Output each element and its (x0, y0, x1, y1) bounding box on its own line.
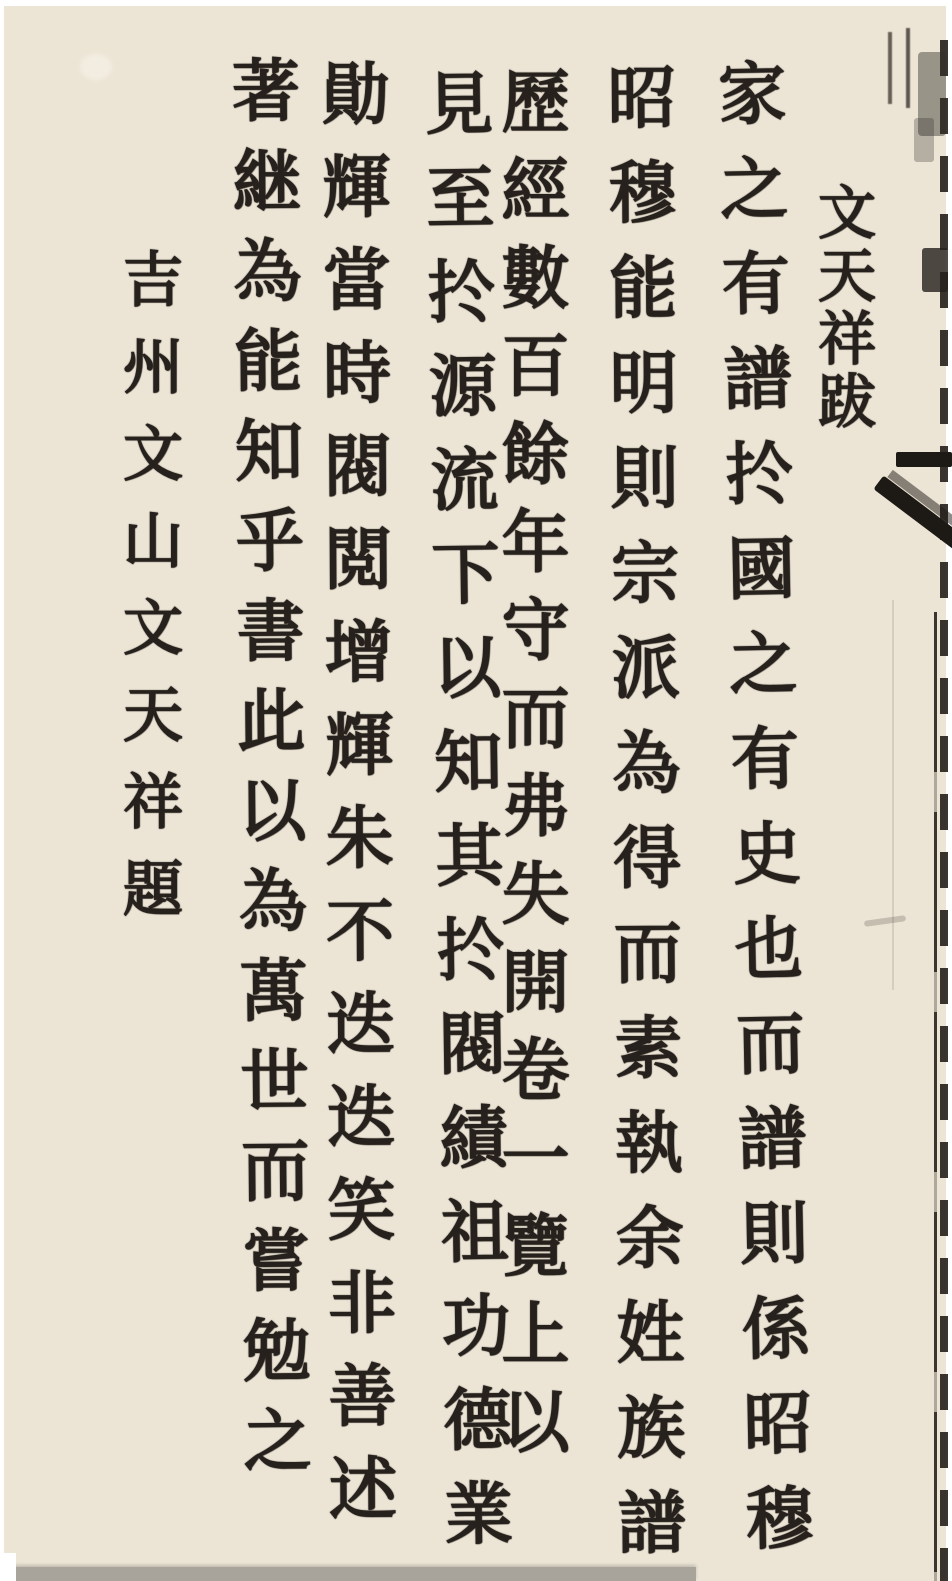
text-column-5: 勛輝當時閥閲增輝朱不迭迭笑非善述 (316, 58, 392, 1546)
title-column: 文天祥跋 (813, 182, 871, 434)
edge-ink-fragment (922, 248, 948, 292)
text-column-6: 著継為能知乎書此以為萬世而嘗勉之 (226, 55, 307, 1496)
binding-edge-line (934, 612, 937, 1581)
faint-fold-line (892, 600, 894, 990)
edge-ink-fragment (914, 118, 934, 162)
scan-corner (0, 1553, 16, 1581)
scan-shadow-band (14, 1567, 696, 1581)
scanned-page: 文天祥跋 家之有譜扵國之有史也而譜則係昭穆 昭穆能明則宗派為得而素執余姓族譜 歷… (0, 0, 952, 1581)
signature-column: 吉州文山文天祥題 (118, 248, 178, 944)
margin-rule-line (906, 28, 910, 108)
text-column-2: 昭穆能明則宗派為得而素執余姓族譜 (602, 62, 681, 1581)
margin-rule-line (888, 32, 892, 104)
paper-smudge (80, 54, 112, 80)
text-column-4: 見至扵源流下以知其扵閥績祖功德業 (419, 68, 508, 1573)
brush-mark-bar (896, 452, 952, 467)
